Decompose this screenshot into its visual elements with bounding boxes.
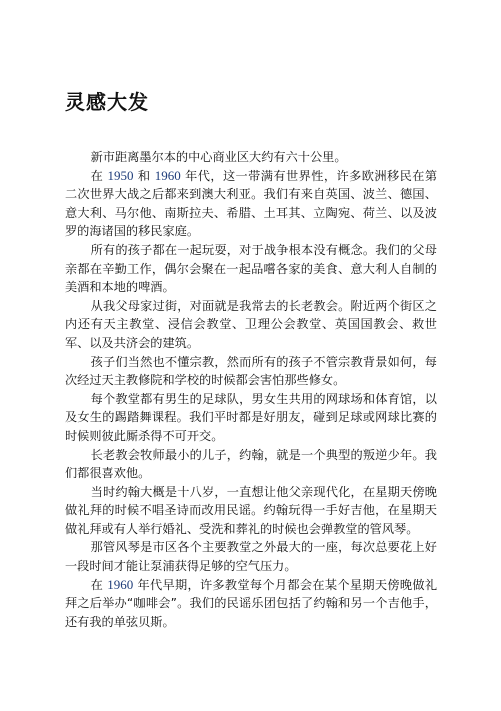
year-number: 1960: [107, 577, 133, 592]
paragraph: 每个教堂都有男生的足球队，男女生共用的网球场和体育馆，以及女生的踢踏舞课程。我们…: [65, 390, 437, 446]
paragraph: 在 1950 和 1960 年代，这一带满有世界性，许多欧洲移民在第二次世界大战…: [65, 167, 437, 241]
text-run: 在: [91, 578, 108, 592]
year-number: 1960: [155, 168, 181, 183]
paragraph: 当时约翰大概是十八岁，一直想让他父亲现代化，在星期天傍晚做礼拜的时候不唱圣诗而改…: [65, 483, 437, 539]
paragraph: 长老教会牧师最小的儿子，约翰，就是一个典型的叛逆少年。我们都很喜欢他。: [65, 446, 437, 483]
paragraph: 所有的孩子都在一起玩耍，对于战争根本没有概念。我们的父母亲都在辛勤工作，偶尔会聚…: [65, 241, 437, 297]
paragraph: 从我父母家过街，对面就是我常去的长老教会。附近两个街区之内还有天主教堂、浸信会教…: [65, 297, 437, 353]
chapter-title: 灵感大发: [65, 86, 149, 115]
text-run: 和: [134, 169, 155, 183]
text-run: 在: [91, 169, 108, 183]
year-number: 1950: [108, 168, 134, 183]
chapter-body: 新市距离墨尔本的中心商业区大约有六十公里。 在 1950 和 1960 年代，这…: [65, 148, 437, 631]
paragraph: 孩子们当然也不懂宗教，然而所有的孩子不管宗教背景如何，每次经过天主教修院和学校的…: [65, 353, 437, 390]
paragraph: 在 1960 年代早期，许多教堂每个月都会在某个星期天傍晚做礼拜之后举办“咖啡会…: [65, 576, 437, 632]
paragraph: 新市距离墨尔本的中心商业区大约有六十公里。: [65, 148, 437, 167]
paragraph: 那管风琴是市区各个主要教堂之外最大的一座，每次总要花上好一段时间才能让泵浦获得足…: [65, 538, 437, 575]
